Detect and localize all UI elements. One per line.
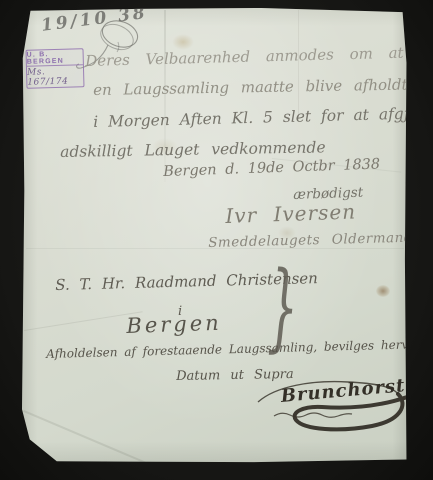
letter-paper: 19/10 38 U. B. BERGEN Ms. 167/174 Deres …: [22, 8, 408, 464]
wrinkle-line: [24, 311, 143, 331]
sender-title: Smeddelaugets Oldermand: [208, 230, 413, 251]
sender-signature: Ivr Iversen: [225, 199, 356, 228]
stamp-institution-label: U. B. BERGEN: [27, 49, 83, 66]
stamp-manuscript-number: Ms. 167/174: [27, 65, 84, 87]
fold-crease: [298, 10, 299, 120]
foxing-stain: [172, 34, 194, 50]
letter-body-line-3: i Morgen Aften Kl. 5 slet for at afgjøre: [93, 104, 433, 131]
letter-dateline: Bergen d. 19de Octbr 1838: [163, 156, 380, 180]
scanned-letter-page: { "archival": { "pencil_note": "19/10 38…: [0, 0, 433, 480]
wrinkle-line: [23, 410, 162, 470]
library-stamp: U. B. BERGEN Ms. 167/174: [25, 48, 84, 89]
letter-body-line-4: adskilligt Lauget vedkommende: [60, 138, 326, 161]
endorsement-line: Afholdelsen af forestaaende Laugssamling…: [46, 337, 423, 361]
address-city: Bergen: [126, 311, 222, 338]
foxing-stain: [376, 285, 390, 297]
pencil-oval-doodle: [72, 14, 162, 84]
